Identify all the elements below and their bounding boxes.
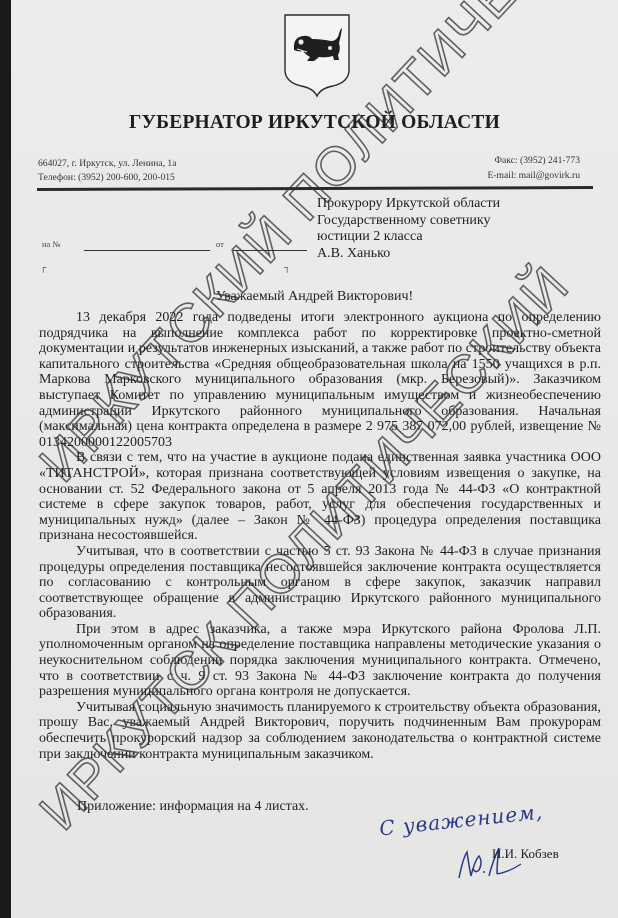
corner-mark-right: ┐ — [284, 262, 290, 272]
reference-number-blank — [84, 250, 210, 251]
recipient-block: Прокурору Иркутской области Государствен… — [317, 196, 500, 262]
address-line: 664027, г. Иркутск, ул. Ленина, 1а — [38, 157, 176, 171]
reference-number-label: на № — [42, 239, 61, 249]
fax-line: Факс: (3952) 241-773 — [488, 153, 581, 168]
reference-date-label: от — [216, 239, 224, 249]
recipient-line: А.В. Ханько — [317, 246, 500, 263]
salutation: Уважаемый Андрей Викторович! — [11, 289, 618, 305]
recipient-line: Прокурору Иркутской области — [317, 196, 500, 213]
body-paragraph: При этом в адрес заказчика, а также мэра… — [39, 622, 601, 700]
irkutsk-coat-of-arms-icon — [281, 12, 353, 98]
corner-mark-left: ┌ — [40, 262, 46, 272]
letterhead-title: ГУБЕРНАТОР ИРКУТСКОЙ ОБЛАСТИ — [11, 112, 618, 134]
body-paragraph: Учитывая, что в соответствии с частью 5 … — [39, 544, 601, 622]
phone-line: Телефон: (3952) 200-600, 200-015 — [38, 171, 176, 185]
letterhead-divider — [37, 186, 593, 191]
letterhead-contact: Факс: (3952) 241-773 E-mail: mail@govirk… — [488, 153, 581, 183]
body-paragraph: Учитывая социальную значимость планируем… — [39, 700, 601, 762]
body-paragraph: 13 декабря 2022 года подведены итоги эле… — [39, 310, 601, 450]
attachment-note: Приложение: информация на 4 листах. — [77, 799, 309, 815]
reference-date-blank — [233, 250, 307, 251]
letterhead-address: 664027, г. Иркутск, ул. Ленина, 1а Телеф… — [38, 157, 176, 185]
document-page: ГУБЕРНАТОР ИРКУТСКОЙ ОБЛАСТИ 664027, г. … — [11, 0, 618, 918]
recipient-line: юстиции 2 класса — [317, 229, 500, 246]
signer-name: И.И. Кобзев — [492, 846, 559, 862]
handwritten-closing: С уважением, — [378, 799, 544, 840]
recipient-line: Государственному советнику — [317, 213, 500, 230]
email-line: E-mail: mail@govirk.ru — [488, 168, 581, 183]
body-paragraph: В связи с тем, что на участие в аукционе… — [39, 450, 601, 544]
letter-body: 13 декабря 2022 года подведены итоги эле… — [39, 310, 601, 762]
